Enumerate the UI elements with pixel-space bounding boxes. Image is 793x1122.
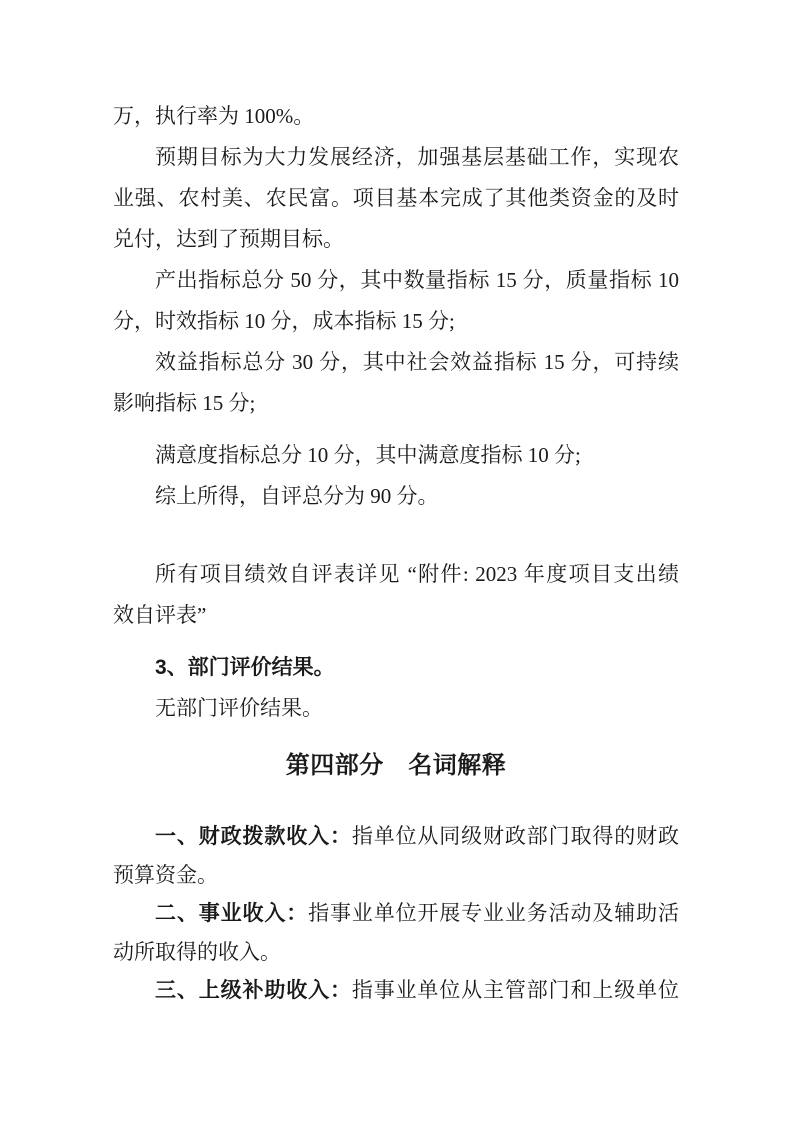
definition-text: 指事业单位开展专业业务活动及辅助活 [308, 901, 679, 925]
paragraph-benefit-indicators: 效益指标总分 30 分，其中社会效益指标 15 分，可持续 影响指标 15 分; [113, 342, 679, 424]
paragraph-satisfaction-indicators: 满意度指标总分 10 分，其中满意度指标 10 分; [113, 435, 679, 476]
text-line: 万，执行率为 100%。 [113, 96, 679, 137]
text-line: 预期目标为大力发展经济，加强基层基础工作，实现农 [113, 137, 679, 178]
text-line: 所有项目绩效自评表详见 “附件: 2023 年度项目支出绩 [113, 554, 679, 595]
paragraph-expected-goals: 预期目标为大力发展经济，加强基层基础工作，实现农 业强、农村美、农民富。项目基本… [113, 137, 679, 260]
text-line: 效益指标总分 30 分，其中社会效益指标 15 分，可持续 [113, 342, 679, 383]
page-content: 万，执行率为 100%。 预期目标为大力发展经济，加强基层基础工作，实现农 业强… [113, 0, 679, 1010]
definition-term: 二、事业收入： [155, 902, 308, 925]
text-line: 效自评表” [113, 595, 679, 636]
definition-fiscal-appropriation-income: 一、财政拨款收入：指单位从同级财政部门取得的财政 预算资金。 [113, 817, 679, 894]
text-line: 综上所得，自评总分为 90 分。 [113, 476, 679, 517]
paragraph-execution-rate: 万，执行率为 100%。 [113, 96, 679, 137]
text-line: 兑付，达到了预期目标。 [113, 219, 679, 260]
text-line: 三、上级补助收入：指事业单位从主管部门和上级单位 [113, 971, 679, 1010]
definition-term: 一、财政拨款收入： [155, 825, 352, 848]
text-line: 预算资金。 [113, 856, 679, 894]
text-line: 满意度指标总分 10 分，其中满意度指标 10 分; [113, 435, 679, 476]
subheading-department-evaluation: 3、部门评价结果。 [113, 647, 679, 688]
text-line: 影响指标 15 分; [113, 383, 679, 424]
text-line: 业强、农村美、农民富。项目基本完成了其他类资金的及时 [113, 178, 679, 219]
text-line: 产出指标总分 50 分，其中数量指标 15 分，质量指标 10 [113, 260, 679, 301]
paragraph-output-indicators: 产出指标总分 50 分，其中数量指标 15 分，质量指标 10 分，时效指标 1… [113, 260, 679, 342]
text-line: 分，时效指标 10 分，成本指标 15 分; [113, 301, 679, 342]
text-line: 一、财政拨款收入：指单位从同级财政部门取得的财政 [113, 817, 679, 856]
definition-superior-subsidy-income: 三、上级补助收入：指事业单位从主管部门和上级单位 [113, 971, 679, 1010]
definition-term: 三、上级补助收入： [155, 979, 352, 1002]
text-line: 无部门评价结果。 [113, 688, 679, 729]
paragraph-no-department-evaluation: 无部门评价结果。 [113, 688, 679, 729]
document-page: 万，执行率为 100%。 预期目标为大力发展经济，加强基层基础工作，实现农 业强… [0, 0, 793, 1122]
paragraph-attachment-note: 所有项目绩效自评表详见 “附件: 2023 年度项目支出绩 效自评表” [113, 554, 679, 636]
text-line: 二、事业收入：指事业单位开展专业业务活动及辅助活 [113, 894, 679, 933]
definition-business-income: 二、事业收入：指事业单位开展专业业务活动及辅助活 动所取得的收入。 [113, 894, 679, 971]
definition-text: 指事业单位从主管部门和上级单位 [352, 978, 679, 1002]
section-heading: 第四部分 名词解释 [113, 748, 679, 784]
text-line: 动所取得的收入。 [113, 933, 679, 971]
text-line: 3、部门评价结果。 [113, 647, 679, 688]
definition-text: 指单位从同级财政部门取得的财政 [352, 824, 679, 848]
paragraph-total-score: 综上所得，自评总分为 90 分。 [113, 476, 679, 517]
